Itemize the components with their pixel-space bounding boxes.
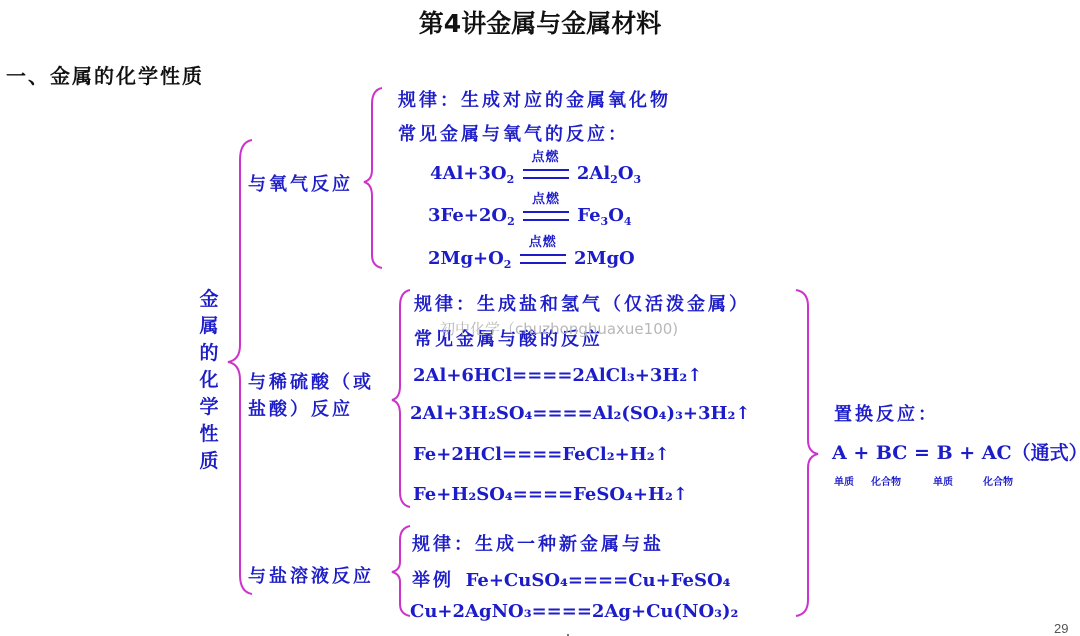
root-brace — [228, 140, 252, 594]
eq-text: Fe — [577, 205, 600, 226]
page-number: 29 — [1054, 621, 1068, 636]
eq-text: O — [608, 205, 624, 226]
eq-sub: 2 — [507, 215, 515, 228]
oxygen-brace — [364, 88, 382, 268]
acid-equation: Fe+2HCl====FeCl₂+H₂↑ — [413, 444, 670, 465]
displacement-brace — [796, 290, 818, 616]
eq-text: 4Al+3O — [430, 163, 507, 184]
root-label-char: 化 — [199, 369, 218, 391]
root-label-char: 质 — [199, 450, 218, 472]
salt-example-prefix: 举例 — [412, 570, 454, 591]
salt-brace — [392, 526, 410, 616]
oxygen-rule: 规律：生成对应的金属氧化物 — [398, 86, 671, 112]
acid-equation: 2Al+6HCl====2AlCl₃+3H₂↑ — [413, 365, 702, 386]
oxygen-equation-al: 4Al+3O2 点燃 2Al2O3 — [430, 163, 641, 186]
displacement-formula: A + BC = B + AC（通式） — [832, 438, 1080, 465]
double-equals — [523, 169, 569, 179]
root-label-char: 的 — [199, 342, 218, 364]
acid-label-line1: 与稀硫酸（或 — [248, 368, 374, 394]
displacement-title: 置换反应： — [834, 400, 939, 426]
condition-label: 点燃 — [521, 146, 571, 165]
salt-rule: 规律：生成一种新金属与盐 — [412, 530, 664, 556]
salt-equation: Cu+2AgNO₃====2Ag+Cu(NO₃)₂ — [410, 601, 738, 622]
root-label: 金 属 的 化 学 性 质 — [198, 286, 220, 475]
oxygen-equation-mg: 2Mg+O2 点燃 2MgO — [428, 248, 635, 271]
acid-equation: Fe+H₂SO₄====FeSO₄+H₂↑ — [413, 484, 688, 505]
eq-sub: 3 — [634, 173, 642, 186]
acid-equation: 2Al+3H₂SO₄====Al₂(SO₄)₃+3H₂↑ — [410, 403, 750, 424]
eq-text: O — [618, 163, 634, 184]
eq-text: 2Al — [577, 163, 610, 184]
watermark: 初中化学（chuzhonghuaxue100) — [440, 318, 678, 339]
eq-sub: 2 — [507, 173, 515, 186]
acid-brace — [392, 290, 410, 507]
salt-example-row: 举例 Fe+CuSO₄====Cu+FeSO₄ — [412, 566, 731, 592]
acid-rule: 规律：生成盐和氢气（仅活泼金属） — [414, 290, 750, 316]
condition-label: 点燃 — [521, 188, 571, 207]
eq-text: 2Mg+O — [428, 248, 504, 269]
annotation-element: 单质 — [933, 473, 953, 488]
root-label-char: 学 — [199, 396, 218, 418]
oxygen-label: 与氧气反应 — [248, 170, 353, 196]
condition-ignite: 点燃 — [521, 205, 571, 226]
condition-label: 点燃 — [518, 231, 568, 250]
salt-label: 与盐溶液反应 — [248, 562, 374, 588]
eq-text: 3Fe+2O — [428, 205, 507, 226]
root-label-char: 性 — [199, 423, 218, 445]
double-equals — [520, 254, 566, 264]
section-heading: 一、金属的化学性质 — [6, 60, 204, 89]
oxygen-subtitle: 常见金属与氧气的反应： — [398, 120, 629, 146]
annotation-compound: 化合物 — [871, 473, 901, 488]
acid-label-line2: 盐酸）反应 — [248, 395, 353, 421]
condition-ignite: 点燃 — [521, 163, 571, 184]
eq-sub: 4 — [624, 215, 632, 228]
annotation-element: 单质 — [834, 473, 854, 488]
salt-equation: Fe+CuSO₄====Cu+FeSO₄ — [466, 570, 731, 591]
condition-ignite: 点燃 — [518, 248, 568, 269]
eq-sub: 2 — [504, 258, 512, 271]
double-equals — [523, 211, 569, 221]
slide-title: 第4讲金属与金属材料 — [0, 4, 1080, 40]
eq-text: 2MgO — [574, 248, 635, 269]
annotation-compound: 化合物 — [983, 473, 1013, 488]
eq-sub: 2 — [610, 173, 618, 186]
root-label-char: 金 — [199, 288, 218, 310]
root-label-char: 属 — [199, 315, 218, 337]
oxygen-equation-fe: 3Fe+2O2 点燃 Fe3O4 — [428, 205, 632, 228]
